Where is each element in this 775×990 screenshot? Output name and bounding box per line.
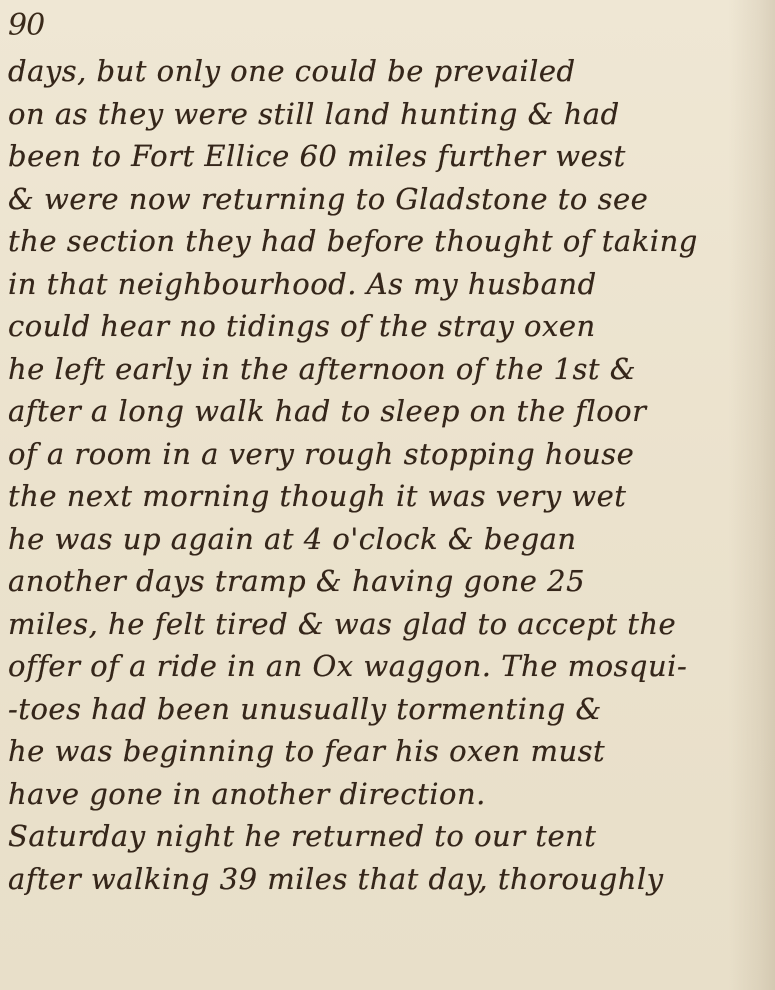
- text-line: in that neighbourhood. As my husband: [8, 263, 773, 306]
- text-line: after walking 39 miles that day, thoroug…: [8, 858, 773, 901]
- text-line: he was beginning to fear his oxen must: [8, 730, 773, 773]
- handwritten-text-body: days, but only one could be prevailed on…: [8, 50, 773, 900]
- page-number: 90: [8, 8, 44, 43]
- text-line: the next morning though it was very wet: [8, 475, 773, 518]
- text-line: after a long walk had to sleep on the fl…: [8, 390, 773, 433]
- text-line: of a room in a very rough stopping house: [8, 433, 773, 476]
- manuscript-page: 90 days, but only one could be prevailed…: [0, 0, 775, 990]
- text-line: have gone in another direction.: [8, 773, 773, 816]
- text-line: & were now returning to Gladstone to see: [8, 178, 773, 221]
- text-line: Saturday night he returned to our tent: [8, 815, 773, 858]
- text-line: could hear no tidings of the stray oxen: [8, 305, 773, 348]
- text-line: he left early in the afternoon of the 1s…: [8, 348, 773, 391]
- text-line: -toes had been unusually tormenting &: [8, 688, 773, 731]
- text-line: another days tramp & having gone 25: [8, 560, 773, 603]
- text-line: been to Fort Ellice 60 miles further wes…: [8, 135, 773, 178]
- text-line: the section they had before thought of t…: [8, 220, 773, 263]
- text-line: days, but only one could be prevailed: [8, 50, 773, 93]
- text-line: on as they were still land hunting & had: [8, 93, 773, 136]
- text-line: he was up again at 4 o'clock & began: [8, 518, 773, 561]
- text-line: offer of a ride in an Ox waggon. The mos…: [8, 645, 773, 688]
- text-line: miles, he felt tired & was glad to accep…: [8, 603, 773, 646]
